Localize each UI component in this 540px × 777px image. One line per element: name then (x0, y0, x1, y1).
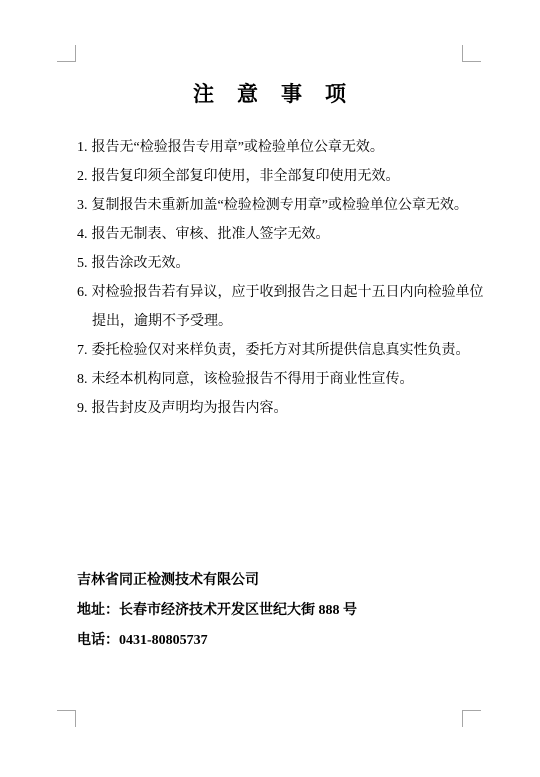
notice-item-number: 3. (77, 191, 88, 220)
notice-item-text: 报告涂改无效。 (92, 256, 190, 271)
notice-item-text: 报告无“检验报告专用章”或检验单位公章无效。 (92, 140, 384, 155)
notice-item-number: 2. (77, 162, 88, 191)
company-address: 地址：长春市经济技术开发区世纪大街 888 号 (77, 596, 357, 626)
notice-item-4: 4.报告无制表、审核、批准人签字无效。 (77, 220, 481, 249)
notice-item-number: 1. (77, 133, 88, 162)
notice-item-text: 委托检验仅对来样负责，委托方对其所提供信息真实性负责。 (92, 343, 470, 358)
notice-item-number: 7. (77, 336, 88, 365)
notice-item-text: 报告复印须全部复印使用，非全部复印使用无效。 (92, 169, 400, 184)
page-title: 注 意 事 项 (0, 78, 540, 108)
crop-mark-top-right (462, 45, 481, 62)
notice-item-8: 8.未经本机构同意，该检验报告不得用于商业性宣传。 (77, 365, 481, 394)
notice-item-number: 8. (77, 365, 88, 394)
notice-item-2: 2.报告复印须全部复印使用，非全部复印使用无效。 (77, 162, 481, 191)
notice-item-1: 1.报告无“检验报告专用章”或检验单位公章无效。 (77, 133, 481, 162)
crop-mark-bottom-right (462, 710, 481, 727)
crop-mark-bottom-left (57, 710, 76, 727)
document-page: 注 意 事 项 1.报告无“检验报告专用章”或检验单位公章无效。 2.报告复印须… (0, 0, 540, 777)
notice-item-number: 4. (77, 220, 88, 249)
notice-item-number: 6. (77, 278, 88, 307)
company-phone: 电话：0431-80805737 (77, 626, 357, 656)
notice-list: 1.报告无“检验报告专用章”或检验单位公章无效。 2.报告复印须全部复印使用，非… (77, 133, 481, 423)
notice-item-3: 3.复制报告未重新加盖“检验检测专用章”或检验单位公章无效。 (77, 191, 481, 220)
notice-item-number: 5. (77, 249, 88, 278)
footer: 吉林省同正检测技术有限公司 地址：长春市经济技术开发区世纪大街 888 号 电话… (77, 566, 357, 656)
notice-item-text-continued: 提出，逾期不予受理。 (77, 307, 481, 336)
crop-mark-top-left (57, 45, 76, 62)
notice-item-9: 9.报告封皮及声明均为报告内容。 (77, 394, 481, 423)
notice-item-text: 对检验报告若有异议，应于收到报告之日起十五日内向检验单位 (92, 285, 484, 300)
notice-item-7: 7.委托检验仅对来样负责，委托方对其所提供信息真实性负责。 (77, 336, 481, 365)
company-name: 吉林省同正检测技术有限公司 (77, 566, 357, 596)
notice-item-text: 复制报告未重新加盖“检验检测专用章”或检验单位公章无效。 (92, 198, 468, 213)
notice-item-5: 5.报告涂改无效。 (77, 249, 481, 278)
notice-item-6: 6.对检验报告若有异议，应于收到报告之日起十五日内向检验单位 提出，逾期不予受理… (77, 278, 481, 336)
notice-item-text: 报告无制表、审核、批准人签字无效。 (92, 227, 330, 242)
notice-item-text: 报告封皮及声明均为报告内容。 (92, 401, 288, 416)
notice-item-number: 9. (77, 394, 88, 423)
notice-item-text: 未经本机构同意，该检验报告不得用于商业性宣传。 (92, 372, 414, 387)
